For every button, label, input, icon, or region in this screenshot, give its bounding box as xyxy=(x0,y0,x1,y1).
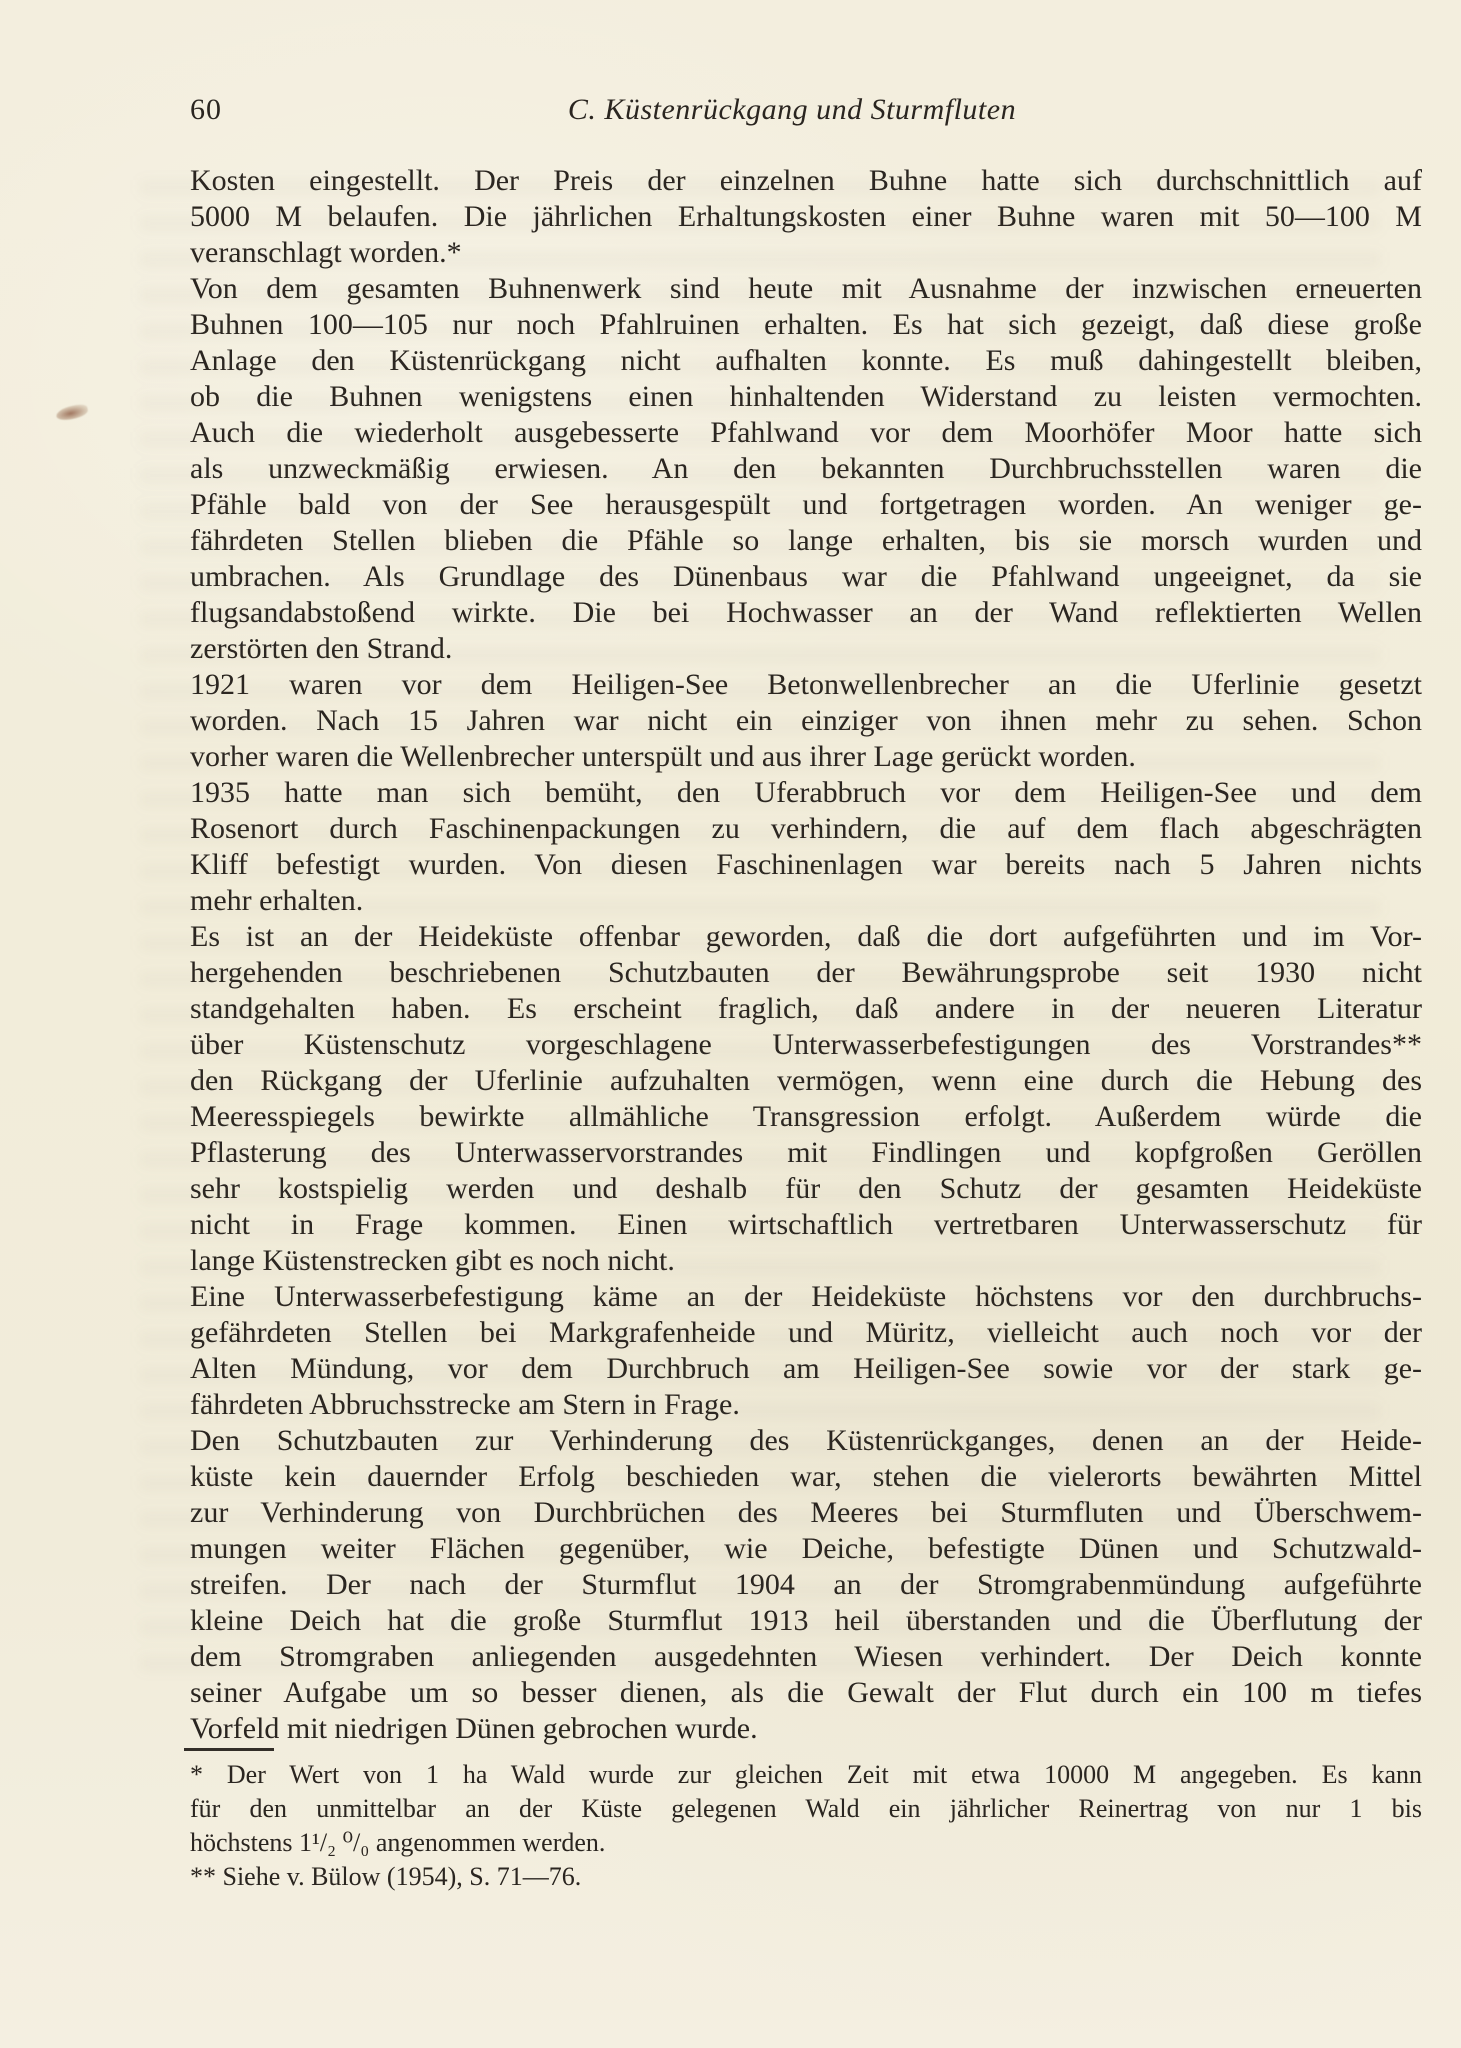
text-line: ** Siehe v. Bülow (1954), S. 71—76. xyxy=(190,1860,1422,1894)
running-title: C. Küstenrückgang und Sturmfluten xyxy=(176,92,1408,128)
paragraph: Von dem gesamten Buhnenwerk sind heute m… xyxy=(190,271,1422,667)
text-line: dem Stromgraben anliegenden ausgedehnten… xyxy=(190,1639,1422,1675)
footnotes: * Der Wert von 1 ha Wald wurde zur gleic… xyxy=(190,1758,1422,1894)
text-line: Anlage den Küstenrückgang nicht aufhalte… xyxy=(190,343,1422,379)
book-page: 60 C. Küstenrückgang und Sturmfluten Kos… xyxy=(0,0,1461,2048)
text-line: 1935 hatte man sich bemüht, den Uferabbr… xyxy=(190,775,1422,811)
text-line: küste kein dauernder Erfolg beschieden w… xyxy=(190,1459,1422,1495)
text-line: Eine Unterwasserbefestigung käme an der … xyxy=(190,1279,1422,1315)
ink-smudge xyxy=(55,403,89,422)
text-line: höchstens 1¹/₂ ⁰/₀ angenommen werden. xyxy=(190,1826,1422,1860)
text-line: hergehenden beschriebenen Schutzbauten d… xyxy=(190,955,1422,991)
text-line: mungen weiter Flächen gegenüber, wie Dei… xyxy=(190,1531,1422,1567)
text-line: 1921 waren vor dem Heiligen-See Betonwel… xyxy=(190,667,1422,703)
text-line: * Der Wert von 1 ha Wald wurde zur gleic… xyxy=(190,1758,1422,1792)
text-line: Rosenort durch Faschinenpackungen zu ver… xyxy=(190,811,1422,847)
text-line: Alten Mündung, vor dem Durchbruch am Hei… xyxy=(190,1351,1422,1387)
text-line: seiner Aufgabe um so besser dienen, als … xyxy=(190,1675,1422,1711)
text-line: standgehalten haben. Es erscheint fragli… xyxy=(190,991,1422,1027)
text-line: fährdeten Stellen blieben die Pfähle so … xyxy=(190,523,1422,559)
text-line: Pflasterung des Unterwasservorstrandes m… xyxy=(190,1135,1422,1171)
text-line: als unzweckmäßig erwiesen. An den bekann… xyxy=(190,451,1422,487)
paragraph: ** Siehe v. Bülow (1954), S. 71—76. xyxy=(190,1860,1422,1894)
paragraph: * Der Wert von 1 ha Wald wurde zur gleic… xyxy=(190,1758,1422,1860)
text-line: zerstörten den Strand. xyxy=(190,631,1422,667)
text-line: mehr erhalten. xyxy=(190,883,1422,919)
running-header: 60 C. Küstenrückgang und Sturmfluten xyxy=(190,92,1422,132)
text-line: gefährdeten Stellen bei Markgrafenheide … xyxy=(190,1315,1422,1351)
text-line: Von dem gesamten Buhnenwerk sind heute m… xyxy=(190,271,1422,307)
text-line: worden. Nach 15 Jahren war nicht ein ein… xyxy=(190,703,1422,739)
text-line: den Rückgang der Uferlinie aufzuhalten v… xyxy=(190,1063,1422,1099)
text-line: nicht in Frage kommen. Einen wirtschaftl… xyxy=(190,1207,1422,1243)
paragraph: Den Schutzbauten zur Verhinderung des Kü… xyxy=(190,1423,1422,1747)
text-line: für den unmittelbar an der Küste gelegen… xyxy=(190,1792,1422,1826)
text-line: veranschlagt worden.* xyxy=(190,235,1422,271)
text-line: Den Schutzbauten zur Verhinderung des Kü… xyxy=(190,1423,1422,1459)
body-text: Kosten eingestellt. Der Preis der einzel… xyxy=(190,163,1422,1747)
text-line: Kliff befestigt wurden. Von diesen Fasch… xyxy=(190,847,1422,883)
paragraph: 1921 waren vor dem Heiligen-See Betonwel… xyxy=(190,667,1422,775)
text-line: fährdeten Abbruchsstrecke am Stern in Fr… xyxy=(190,1387,1422,1423)
paragraph: Kosten eingestellt. Der Preis der einzel… xyxy=(190,163,1422,271)
text-line: 5000 M belaufen. Die jährlichen Erhaltun… xyxy=(190,199,1422,235)
text-line: Buhnen 100—105 nur noch Pfahlruinen erha… xyxy=(190,307,1422,343)
text-line: Vorfeld mit niedrigen Dünen gebrochen wu… xyxy=(190,1711,1422,1747)
footnote-rule xyxy=(184,1748,274,1751)
text-line: streifen. Der nach der Sturmflut 1904 an… xyxy=(190,1567,1422,1603)
text-line: Kosten eingestellt. Der Preis der einzel… xyxy=(190,163,1422,199)
text-line: umbrachen. Als Grundlage des Dünenbaus w… xyxy=(190,559,1422,595)
text-line: ob die Buhnen wenigstens einen hinhalten… xyxy=(190,379,1422,415)
paragraph: 1935 hatte man sich bemüht, den Uferabbr… xyxy=(190,775,1422,919)
text-line: sehr kostspielig werden und deshalb für … xyxy=(190,1171,1422,1207)
text-line: Auch die wiederholt ausgebesserte Pfahlw… xyxy=(190,415,1422,451)
text-line: lange Küstenstrecken gibt es noch nicht. xyxy=(190,1243,1422,1279)
paragraph: Es ist an der Heideküste offenbar geword… xyxy=(190,919,1422,1279)
text-line: kleine Deich hat die große Sturmflut 191… xyxy=(190,1603,1422,1639)
text-line: flugsandabstoßend wirkte. Die bei Hochwa… xyxy=(190,595,1422,631)
text-line: zur Verhinderung von Durchbrüchen des Me… xyxy=(190,1495,1422,1531)
text-line: vorher waren die Wellenbrecher unterspül… xyxy=(190,739,1422,775)
text-line: Pfähle bald von der See herausgespült un… xyxy=(190,487,1422,523)
paragraph: Eine Unterwasserbefestigung käme an der … xyxy=(190,1279,1422,1423)
text-line: Es ist an der Heideküste offenbar geword… xyxy=(190,919,1422,955)
text-line: Meeresspiegels bewirkte allmähliche Tran… xyxy=(190,1099,1422,1135)
text-line: über Küstenschutz vorgeschlagene Unterwa… xyxy=(190,1027,1422,1063)
